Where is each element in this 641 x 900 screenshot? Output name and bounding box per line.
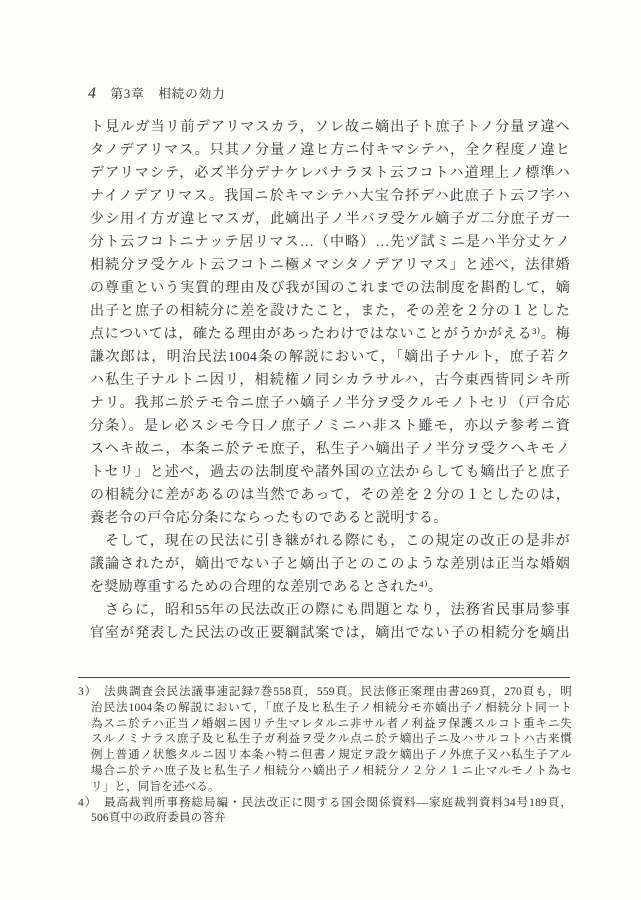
body-line: ハ私生子ナルトニ因リ，相続権ノ同シカラサルハ，古今東西皆同シキ所 xyxy=(90,369,570,392)
body-line: ナイノデアリマス。我国ニ於キマシテハ大宝令抔デハ此庶子ト云フ字ハ xyxy=(90,185,570,208)
body-line: 謙次郎は，明治民法1004条の解説において，「嫡出子ナルト，庶子若ク xyxy=(90,346,570,369)
body-line: タノデアリマス。只其ノ分量ノ違ヒ方ニ付キマシテハ，全ク程度ノ違ヒ xyxy=(90,139,570,162)
body-line: 分条）。是レ必スシモ今日ノ庶子ノミニハ非スト雖モ，亦以テ参考ニ資 xyxy=(90,415,570,438)
body-line: ト見ルガ当リ前デアリマスカラ，ソレ故ニ嫡出子ト庶子トノ分量ヲ違ヘ xyxy=(90,116,570,139)
footnote-line: リ」と，同旨を述べる。 xyxy=(78,780,572,796)
body-line: の相続分に差があるのは当然であって，その差を２分の１としたのは， xyxy=(90,484,570,507)
body-line: スヘキ故ニ，本条ニ於テモ庶子，私生子ハ嫡出子ノ半分ヲ受クヘキモノ xyxy=(90,438,570,461)
footnote-line: 506頁中の政府委員の答弁 xyxy=(78,811,572,827)
body-line: 少シ用イ方ガ違ヒマスガ，此嫡出子ノ半バヲ受ケル嫡子ガ二分庶子ガ一 xyxy=(90,208,570,231)
footnote-line: 4） 最高裁判所事務総局編・民法改正に関する国会関係資料—家庭裁判資料34号18… xyxy=(78,796,572,812)
body-line: の尊重という実質的理由及び我が国のこれまでの法制度を斟酌して，嫡 xyxy=(90,277,570,300)
body-line: トセリ」と述べ，過去の法制度や諸外国の立法からしても嫡出子と庶子 xyxy=(90,461,570,484)
body-line: 官室が発表した民法の改正要綱試案では，嫡出でない子の相続分を嫡出 xyxy=(90,622,570,645)
footnote-line: 場合ニ於テハ庶子及ヒ私生子ノ相続分ハ嫡出子ノ相続分ノ２分ノ１ニ止マルモノト為セ xyxy=(78,764,572,780)
body-line: そして，現在の民法に引き継がれる際にも，この規定の改正の是非が xyxy=(90,530,570,553)
running-head: 4 第3章 相続の効力 xyxy=(88,84,569,103)
body-line: 出子と庶子の相続分に差を設けたこと，また，その差を２分の１とした xyxy=(90,300,570,323)
footnote-line: 例上普通ノ状態タルニ因リ本条ハ特ニ但書ノ規定ヲ設ケ嫡出子ノ外庶子又ハ私生子アル xyxy=(78,748,572,764)
footnote-line: 3） 法典調査会民法議事速記録7巻558頁，559頁。民法修正案理由書269頁，… xyxy=(78,685,572,701)
body-line: を奨励尊重するための合理的な差別であるとされた⁴⁾。 xyxy=(90,576,570,599)
body-line: デアリマシテ，必ズ半分デナケレバナラヌト云フコトハ道理上ノ標準ハ xyxy=(90,162,570,185)
body-line: 分ト云フコトニナッテ居リマス…（中略）…先ヅ試ミニ是ハ半分丈ケノ xyxy=(90,231,570,254)
body-line: ナリ。我邦ニ於テモ令ニ庶子ハ嫡子ノ半分ヲ受クルモノトセリ（戸令応 xyxy=(90,392,570,415)
body-line: 養老令の戸令応分条にならったものであると説明する。 xyxy=(90,507,570,530)
book-page: 4 第3章 相続の効力 ト見ルガ当リ前デアリマスカラ，ソレ故ニ嫡出子ト庶子トノ分… xyxy=(0,0,641,900)
footnote-line: スルノミナラス庶子及ヒ私生子ガ利益ヲ受クル点ニ於テ嫡出子ニ及ハサルコトハ古来慣 xyxy=(78,732,572,748)
chapter-heading: 第3章 相続の効力 xyxy=(111,84,226,102)
body-line: 議論されたが，嫡出でない子と嫡出子とのこのような差別は正当な婚姻 xyxy=(90,553,570,576)
footnote-line: 為スニ於テハ正当ノ婚姻ニ因リテ生マレタルニ非サル者ノ利益ヲ保護スルコト重キニ失 xyxy=(78,717,572,733)
footnote-divider xyxy=(78,677,570,678)
page-number: 4 xyxy=(88,85,97,103)
footnote-line: 治民法1004条の解説において，「庶子及ヒ私生子ノ相続分モ亦嫡出子ノ相続分ト同一… xyxy=(78,701,572,717)
footnotes: 3） 法典調査会民法議事速記録7巻558頁，559頁。民法修正案理由書269頁，… xyxy=(78,685,572,827)
body-line: さらに，昭和55年の民法改正の際にも問題となり，法務省民事局参事 xyxy=(90,599,570,622)
body-text: ト見ルガ当リ前デアリマスカラ，ソレ故ニ嫡出子ト庶子トノ分量ヲ違ヘ タノデアリマス… xyxy=(90,116,570,645)
body-line: 点については，確たる理由があったわけではないことがうかがえる³⁾。梅 xyxy=(90,323,570,346)
body-line: 相続分ヲ受ケルト云フコトニ極メマシタノデアリマス」と述べ，法律婚 xyxy=(90,254,570,277)
